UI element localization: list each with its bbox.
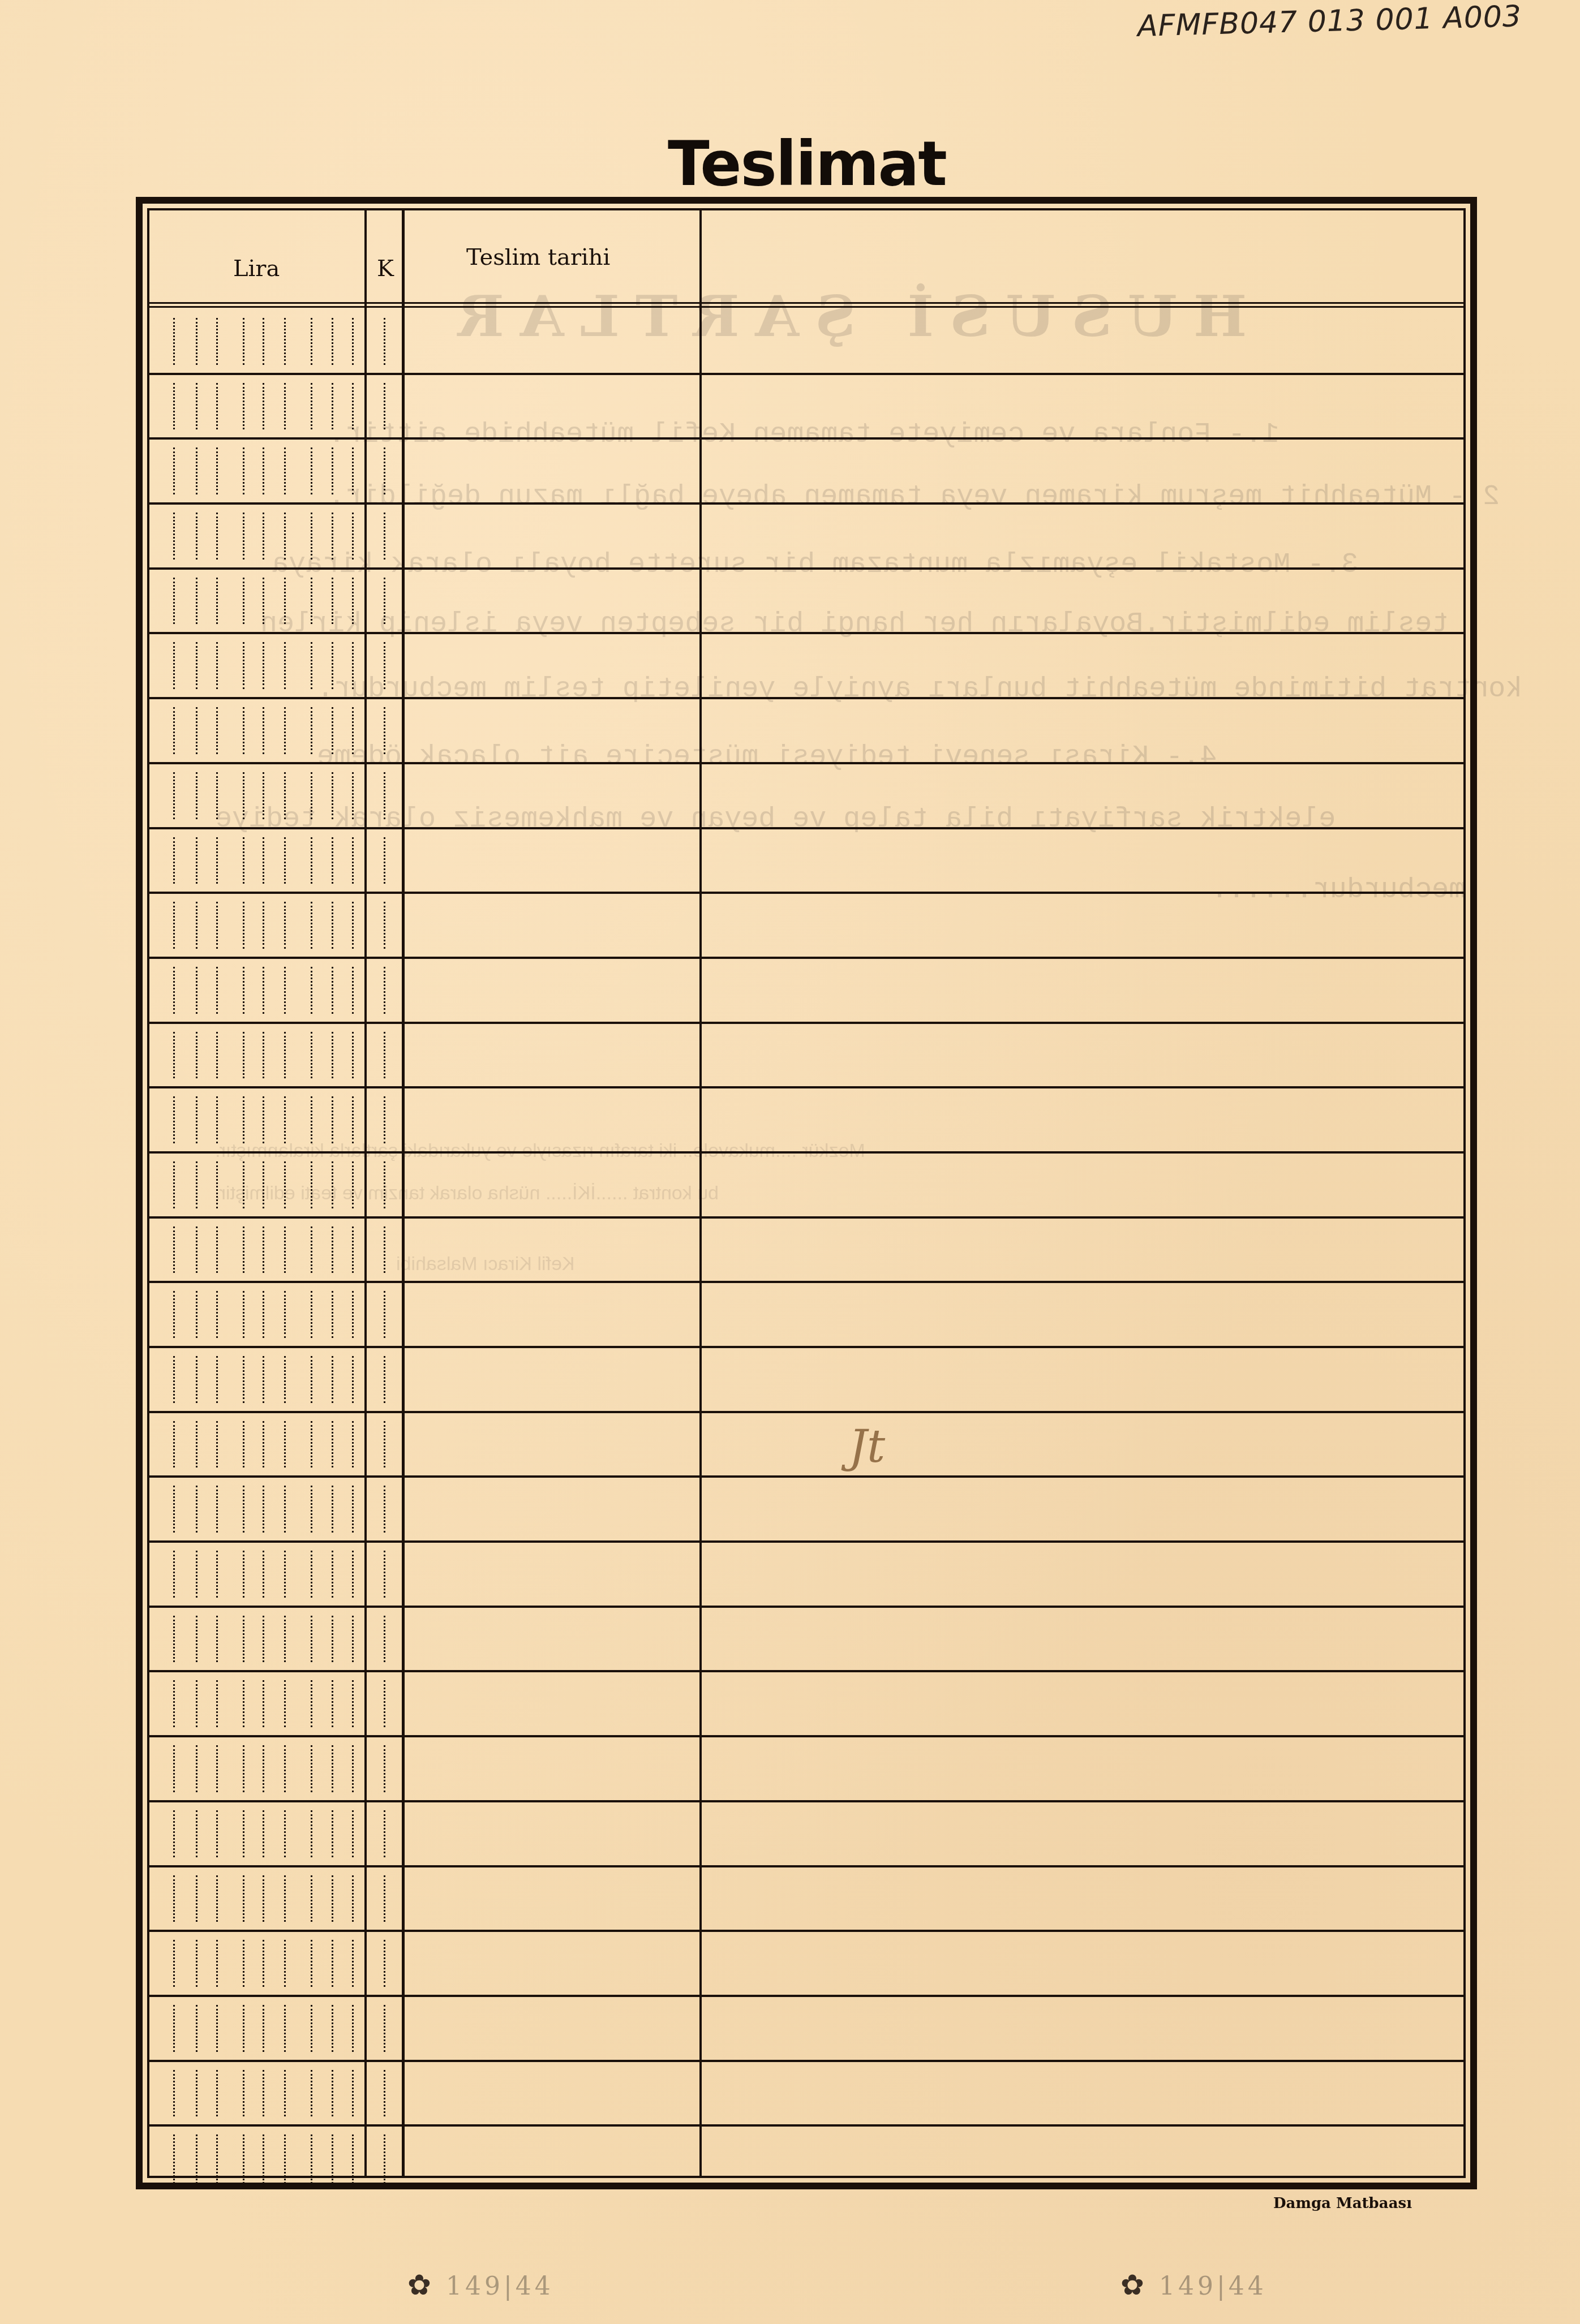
lira-digit-divider — [243, 1291, 244, 1338]
lira-digit-divider — [196, 2005, 197, 2052]
lira-digit-divider — [311, 1875, 312, 1922]
kurus-digit-divider — [384, 642, 385, 689]
lira-digit-divider — [352, 1161, 354, 1208]
kurus-digit-divider — [384, 772, 385, 819]
lira-digit-divider — [216, 837, 218, 884]
lira-digit-divider — [196, 837, 197, 884]
lira-digit-divider — [311, 513, 312, 560]
table-row — [149, 1867, 1463, 1933]
lira-digit-divider — [173, 318, 175, 365]
bottom-stamp-left: ✿ 149|44 — [407, 2269, 554, 2301]
lira-digit-divider — [284, 1421, 286, 1468]
lira-digit-divider — [263, 2134, 264, 2184]
lira-digit-divider — [311, 1745, 312, 1792]
lira-digit-divider — [173, 1940, 175, 1987]
lira-digit-divider — [173, 2070, 175, 2117]
lira-digit-divider — [263, 578, 264, 625]
lira-digit-divider — [263, 1745, 264, 1792]
lira-digit-divider — [284, 447, 286, 494]
lira-digit-divider — [332, 642, 333, 689]
lira-digit-divider — [311, 837, 312, 884]
lira-digit-divider — [243, 707, 244, 754]
lira-digit-divider — [216, 1421, 218, 1468]
lira-digit-divider — [311, 2070, 312, 2117]
lira-digit-divider — [284, 1032, 286, 1079]
lira-digit-divider — [243, 513, 244, 560]
lira-digit-divider — [216, 1551, 218, 1598]
lira-digit-divider — [216, 1161, 218, 1208]
lira-digit-divider — [196, 1616, 197, 1663]
lira-digit-divider — [196, 1486, 197, 1533]
lira-digit-divider — [173, 1161, 175, 1208]
lira-digit-divider — [311, 1486, 312, 1533]
kurus-digit-divider — [384, 967, 385, 1014]
lira-digit-divider — [284, 772, 286, 819]
lira-digit-divider — [173, 1551, 175, 1598]
lira-digit-divider — [263, 707, 264, 754]
lira-digit-divider — [263, 1940, 264, 1987]
lira-digit-divider — [196, 1032, 197, 1079]
table-row — [149, 2127, 1463, 2192]
lira-digit-divider — [243, 837, 244, 884]
kurus-digit-divider — [384, 2070, 385, 2117]
kurus-digit-divider — [384, 513, 385, 560]
lira-digit-divider — [332, 967, 333, 1014]
lira-digit-divider — [332, 318, 333, 365]
lira-digit-divider — [311, 2134, 312, 2184]
lira-digit-divider — [196, 447, 197, 494]
lira-digit-divider — [216, 902, 218, 949]
lira-digit-divider — [173, 2134, 175, 2184]
lira-digit-divider — [216, 1616, 218, 1663]
lira-digit-divider — [311, 1096, 312, 1143]
lira-digit-divider — [352, 383, 354, 430]
lira-digit-divider — [284, 1551, 286, 1598]
lira-digit-divider — [284, 1616, 286, 1663]
kurus-digit-divider — [384, 1356, 385, 1403]
lira-digit-divider — [216, 642, 218, 689]
lira-digit-divider — [352, 2005, 354, 2052]
lira-digit-divider — [216, 1810, 218, 1857]
lira-digit-divider — [311, 383, 312, 430]
lira-digit-divider — [173, 1616, 175, 1663]
lira-digit-divider — [243, 902, 244, 949]
kurus-digit-divider — [384, 1875, 385, 1922]
lira-digit-divider — [263, 318, 264, 365]
lira-digit-divider — [311, 707, 312, 754]
kurus-digit-divider — [384, 1745, 385, 1792]
lira-digit-divider — [196, 707, 197, 754]
lira-digit-divider — [284, 2070, 286, 2117]
table-row — [149, 1088, 1463, 1154]
kurus-digit-divider — [384, 1680, 385, 1727]
lira-digit-divider — [216, 1745, 218, 1792]
lira-digit-divider — [243, 1032, 244, 1079]
lira-digit-divider — [332, 1356, 333, 1403]
stamp-number: 149|44 — [446, 2272, 554, 2301]
lira-digit-divider — [196, 1226, 197, 1273]
lira-digit-divider — [243, 447, 244, 494]
table-row — [149, 1802, 1463, 1867]
lira-digit-divider — [352, 1745, 354, 1792]
kurus-digit-divider — [384, 447, 385, 494]
lira-digit-divider — [284, 837, 286, 884]
lira-digit-divider — [332, 1745, 333, 1792]
lira-digit-divider — [332, 707, 333, 754]
lira-digit-divider — [173, 2005, 175, 2052]
lira-digit-divider — [216, 772, 218, 819]
table-row — [149, 2062, 1463, 2127]
table-row — [149, 1024, 1463, 1089]
lira-digit-divider — [352, 1032, 354, 1079]
lira-digit-divider — [311, 642, 312, 689]
lira-digit-divider — [311, 1616, 312, 1663]
lira-digit-divider — [332, 1551, 333, 1598]
lira-digit-divider — [216, 967, 218, 1014]
lira-digit-divider — [284, 1486, 286, 1533]
table-row — [149, 310, 1463, 375]
lira-digit-divider — [311, 1161, 312, 1208]
lira-digit-divider — [216, 1096, 218, 1143]
table-row — [149, 1478, 1463, 1543]
lira-digit-divider — [332, 1226, 333, 1273]
lira-digit-divider — [352, 447, 354, 494]
lira-digit-divider — [352, 1810, 354, 1857]
kurus-digit-divider — [384, 1810, 385, 1857]
kurus-digit-divider — [384, 2134, 385, 2184]
lira-digit-divider — [243, 1745, 244, 1792]
lira-digit-divider — [196, 1291, 197, 1338]
kurus-digit-divider — [384, 1226, 385, 1273]
lira-digit-divider — [216, 1486, 218, 1533]
lira-digit-divider — [196, 902, 197, 949]
lira-digit-divider — [263, 1356, 264, 1403]
lira-digit-divider — [332, 1680, 333, 1727]
lira-digit-divider — [216, 1875, 218, 1922]
lira-digit-divider — [263, 1291, 264, 1338]
lira-digit-divider — [284, 1226, 286, 1273]
lira-digit-divider — [263, 1810, 264, 1857]
table-row — [149, 1283, 1463, 1348]
lira-digit-divider — [352, 902, 354, 949]
archive-code: AFMFB047 013 001 A003 — [1137, 0, 1522, 44]
lira-digit-divider — [173, 513, 175, 560]
lira-digit-divider — [311, 318, 312, 365]
lira-digit-divider — [263, 447, 264, 494]
flower-mark-icon: ✿ — [407, 2269, 435, 2301]
table-row — [149, 1932, 1463, 1997]
lira-digit-divider — [352, 967, 354, 1014]
lira-digit-divider — [196, 513, 197, 560]
lira-digit-divider — [196, 318, 197, 365]
lira-digit-divider — [216, 1356, 218, 1403]
lira-digit-divider — [216, 383, 218, 430]
lira-digit-divider — [196, 2134, 197, 2184]
lira-digit-divider — [263, 837, 264, 884]
lira-digit-divider — [284, 578, 286, 625]
lira-digit-divider — [263, 1161, 264, 1208]
table-row — [149, 959, 1463, 1024]
lira-digit-divider — [284, 1096, 286, 1143]
lira-digit-divider — [311, 1551, 312, 1598]
lira-digit-divider — [243, 1680, 244, 1727]
delivery-table: Lira K Teslim tarihi — [136, 197, 1477, 2189]
kurus-digit-divider — [384, 1421, 385, 1468]
kurus-digit-divider — [384, 1096, 385, 1143]
lira-digit-divider — [332, 383, 333, 430]
lira-digit-divider — [216, 1291, 218, 1338]
kurus-digit-divider — [384, 1291, 385, 1338]
lira-digit-divider — [243, 1875, 244, 1922]
lira-digit-divider — [243, 1356, 244, 1403]
lira-digit-divider — [263, 902, 264, 949]
lira-digit-divider — [311, 2005, 312, 2052]
lira-digit-divider — [263, 2005, 264, 2052]
lira-digit-divider — [284, 902, 286, 949]
lira-digit-divider — [311, 772, 312, 819]
header-teslim-tarihi: Teslim tarihi — [466, 244, 610, 270]
lira-digit-divider — [196, 1875, 197, 1922]
lira-digit-divider — [173, 707, 175, 754]
lira-digit-divider — [243, 1616, 244, 1663]
lira-digit-divider — [216, 318, 218, 365]
lira-digit-divider — [284, 1875, 286, 1922]
lira-digit-divider — [216, 707, 218, 754]
lira-digit-divider — [352, 2134, 354, 2184]
table-row — [149, 634, 1463, 699]
lira-digit-divider — [284, 383, 286, 430]
lira-digit-divider — [352, 642, 354, 689]
lira-digit-divider — [173, 1291, 175, 1338]
lira-digit-divider — [311, 447, 312, 494]
lira-digit-divider — [352, 2070, 354, 2117]
lira-digit-divider — [284, 2134, 286, 2184]
page-title: Teslimat — [668, 129, 946, 200]
lira-digit-divider — [216, 578, 218, 625]
lira-digit-divider — [263, 2070, 264, 2117]
lira-digit-divider — [263, 1616, 264, 1663]
lira-digit-divider — [284, 1291, 286, 1338]
lira-digit-divider — [173, 578, 175, 625]
lira-digit-divider — [243, 1161, 244, 1208]
lira-digit-divider — [352, 707, 354, 754]
lira-digit-divider — [352, 578, 354, 625]
lira-digit-divider — [243, 642, 244, 689]
lira-digit-divider — [263, 1680, 264, 1727]
lira-digit-divider — [173, 1680, 175, 1727]
lira-digit-divider — [263, 1032, 264, 1079]
kurus-digit-divider — [384, 383, 385, 430]
kurus-digit-divider — [384, 578, 385, 625]
lira-digit-divider — [196, 1810, 197, 1857]
kurus-digit-divider — [384, 707, 385, 754]
lira-digit-divider — [173, 447, 175, 494]
lira-digit-divider — [332, 1486, 333, 1533]
lira-digit-divider — [173, 383, 175, 430]
table-row — [149, 894, 1463, 959]
lira-digit-divider — [216, 513, 218, 560]
lira-digit-divider — [243, 2134, 244, 2184]
lira-digit-divider — [243, 2005, 244, 2052]
lira-digit-divider — [332, 578, 333, 625]
lira-digit-divider — [243, 1940, 244, 1987]
lira-digit-divider — [196, 1096, 197, 1143]
lira-digit-divider — [173, 1745, 175, 1792]
lira-digit-divider — [243, 383, 244, 430]
table-row — [149, 1737, 1463, 1802]
lira-digit-divider — [216, 1940, 218, 1987]
lira-digit-divider — [196, 383, 197, 430]
table-row — [149, 1997, 1463, 2062]
lira-digit-divider — [284, 1940, 286, 1987]
lira-digit-divider — [352, 1940, 354, 1987]
lira-digit-divider — [352, 1096, 354, 1143]
lira-digit-divider — [243, 1486, 244, 1533]
lira-digit-divider — [352, 837, 354, 884]
lira-digit-divider — [284, 513, 286, 560]
lira-digit-divider — [196, 1745, 197, 1792]
lira-digit-divider — [173, 1096, 175, 1143]
lira-digit-divider — [243, 318, 244, 365]
lira-digit-divider — [173, 1226, 175, 1273]
lira-digit-divider — [263, 642, 264, 689]
table-row — [149, 764, 1463, 829]
lira-digit-divider — [352, 772, 354, 819]
lira-digit-divider — [196, 2070, 197, 2117]
lira-digit-divider — [352, 1551, 354, 1598]
lira-digit-divider — [173, 967, 175, 1014]
lira-digit-divider — [196, 1356, 197, 1403]
lira-digit-divider — [332, 902, 333, 949]
lira-digit-divider — [352, 1226, 354, 1273]
lira-digit-divider — [216, 2070, 218, 2117]
lira-digit-divider — [332, 1421, 333, 1468]
lira-digit-divider — [352, 1680, 354, 1727]
lira-digit-divider — [311, 1680, 312, 1727]
lira-digit-divider — [196, 1161, 197, 1208]
lira-digit-divider — [284, 707, 286, 754]
lira-digit-divider — [243, 1551, 244, 1598]
lira-digit-divider — [243, 772, 244, 819]
lira-digit-divider — [332, 772, 333, 819]
lira-digit-divider — [243, 578, 244, 625]
lira-digit-divider — [216, 447, 218, 494]
lira-digit-divider — [173, 1356, 175, 1403]
table-row — [149, 829, 1463, 894]
lira-digit-divider — [311, 1356, 312, 1403]
handwritten-initials: Jt — [849, 1420, 885, 1473]
lira-digit-divider — [284, 1680, 286, 1727]
kurus-digit-divider — [384, 1940, 385, 1987]
kurus-digit-divider — [384, 902, 385, 949]
lira-digit-divider — [173, 1421, 175, 1468]
table-row — [149, 1154, 1463, 1219]
lira-digit-divider — [263, 1551, 264, 1598]
lira-digit-divider — [284, 967, 286, 1014]
lira-digit-divider — [284, 642, 286, 689]
table-row — [149, 699, 1463, 764]
lira-digit-divider — [216, 2134, 218, 2184]
kurus-digit-divider — [384, 1161, 385, 1208]
lira-digit-divider — [332, 2134, 333, 2184]
lira-digit-divider — [216, 1226, 218, 1273]
lira-digit-divider — [263, 1421, 264, 1468]
flower-mark-icon: ✿ — [1120, 2269, 1148, 2301]
lira-digit-divider — [332, 1810, 333, 1857]
lira-digit-divider — [173, 902, 175, 949]
lira-digit-divider — [352, 1421, 354, 1468]
lira-digit-divider — [173, 772, 175, 819]
header-lira: Lira — [233, 256, 280, 282]
lira-digit-divider — [263, 1226, 264, 1273]
lira-digit-divider — [332, 513, 333, 560]
lira-digit-divider — [352, 513, 354, 560]
lira-digit-divider — [263, 1875, 264, 1922]
kurus-digit-divider — [384, 318, 385, 365]
lira-digit-divider — [332, 1940, 333, 1987]
lira-digit-divider — [243, 1421, 244, 1468]
header-k: K — [377, 256, 394, 282]
lira-digit-divider — [332, 1096, 333, 1143]
lira-digit-divider — [332, 1875, 333, 1922]
kurus-digit-divider — [384, 1486, 385, 1533]
lira-digit-divider — [243, 1096, 244, 1143]
lira-digit-divider — [173, 1810, 175, 1857]
lira-digit-divider — [352, 1875, 354, 1922]
kurus-digit-divider — [384, 1032, 385, 1079]
lira-digit-divider — [173, 1875, 175, 1922]
stamp-number: 149|44 — [1159, 2272, 1267, 2301]
lira-digit-divider — [196, 578, 197, 625]
lira-digit-divider — [332, 1291, 333, 1338]
kurus-digit-divider — [384, 2005, 385, 2052]
lira-digit-divider — [332, 837, 333, 884]
lira-digit-divider — [311, 967, 312, 1014]
lira-digit-divider — [311, 1226, 312, 1273]
table-inner-border: Lira K Teslim tarihi — [147, 208, 1466, 2178]
lira-digit-divider — [216, 1680, 218, 1727]
lira-digit-divider — [196, 1421, 197, 1468]
table-row — [149, 1413, 1463, 1478]
lira-digit-divider — [284, 318, 286, 365]
lira-digit-divider — [352, 1486, 354, 1533]
lira-digit-divider — [263, 383, 264, 430]
lira-digit-divider — [263, 967, 264, 1014]
lira-digit-divider — [263, 1096, 264, 1143]
table-row — [149, 505, 1463, 570]
lira-digit-divider — [284, 1745, 286, 1792]
table-row — [149, 1348, 1463, 1413]
lira-digit-divider — [216, 2005, 218, 2052]
table-row — [149, 1219, 1463, 1284]
lira-digit-divider — [311, 1291, 312, 1338]
lira-digit-divider — [332, 2070, 333, 2117]
lira-digit-divider — [173, 1032, 175, 1079]
lira-digit-divider — [263, 1486, 264, 1533]
lira-digit-divider — [173, 642, 175, 689]
lira-digit-divider — [311, 578, 312, 625]
bottom-stamp-right: ✿ 149|44 — [1120, 2269, 1267, 2301]
lira-digit-divider — [243, 1226, 244, 1273]
lira-digit-divider — [196, 772, 197, 819]
lira-digit-divider — [352, 1356, 354, 1403]
lira-digit-divider — [311, 1421, 312, 1468]
lira-digit-divider — [216, 1032, 218, 1079]
lira-digit-divider — [311, 1810, 312, 1857]
lira-digit-divider — [311, 1940, 312, 1987]
table-row — [149, 570, 1463, 635]
printer-imprint: Damga Matbaası — [1273, 2195, 1412, 2212]
